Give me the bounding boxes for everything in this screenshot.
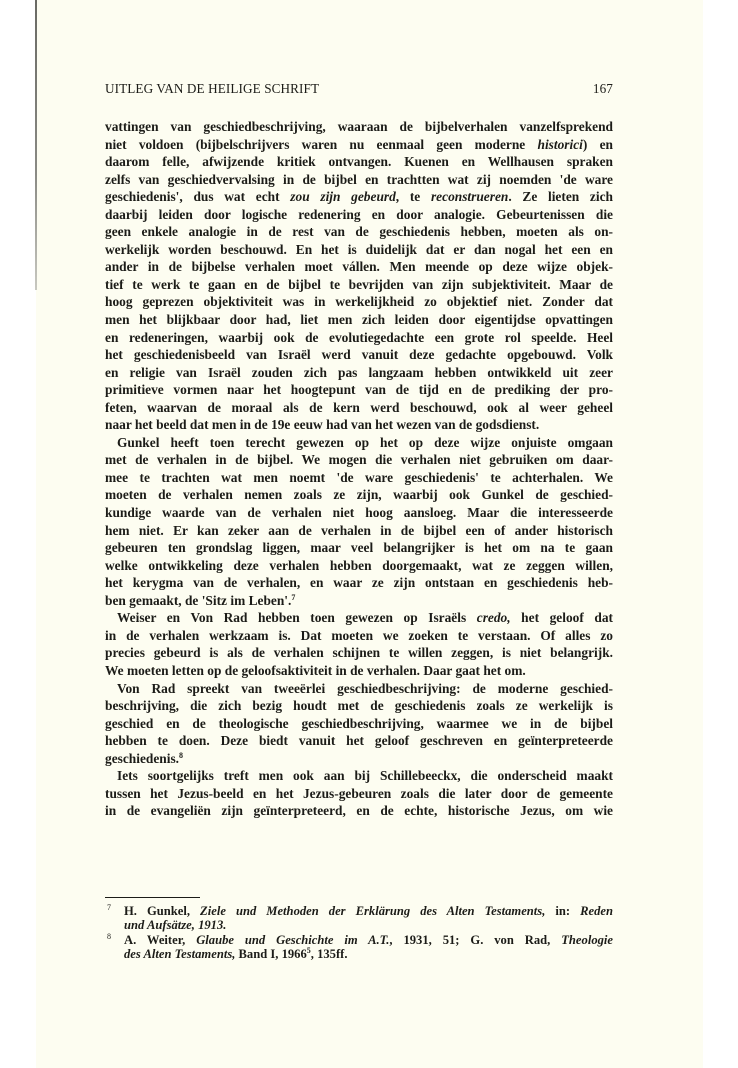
text-line: hem niet. Er kan zeker aan de verhalen i… xyxy=(105,522,613,540)
footnote-line: H. Gunkel, Ziele und Methoden der Erklär… xyxy=(124,904,613,918)
body-text: vattingen van geschiedbeschrijving, waar… xyxy=(105,118,613,820)
text-line: hoog geprezen objektiviteit was in werke… xyxy=(105,293,613,311)
text-fragment: niet voldoen (bijbelschrijvers waren nu … xyxy=(105,137,613,152)
footnote-8: 8 A. Weiter, Glaube und Geschichte im A.… xyxy=(105,933,613,962)
footnote-line: A. Weiter, Glaube und Geschichte im A.T.… xyxy=(124,933,613,947)
page-spine-edge xyxy=(35,0,37,290)
text-line: welke ontwikkeling deze verhalen hebben … xyxy=(105,557,613,575)
text-line: in de evangeliën zijn geïnterpreteerd, e… xyxy=(105,802,613,820)
text-fragment: geschiedenis. xyxy=(105,751,179,766)
text-line: vattingen van geschiedbeschrijving, waar… xyxy=(105,118,613,136)
footnote-line: und Aufsätze, 1913. xyxy=(124,918,613,932)
text-fragment: ben gemaakt, de 'Sitz im Leben'. xyxy=(105,593,291,608)
footnote-title: des Alten Testaments, xyxy=(124,947,235,961)
footnote-number: 7 xyxy=(107,901,111,915)
paragraph-start: Gunkel heeft toen terecht gewezen op het… xyxy=(105,434,613,452)
text-line: naar het beeld dat men in de 19e eeuw ha… xyxy=(105,416,613,434)
footnote-separator xyxy=(105,897,200,898)
text-fragment: in: xyxy=(545,904,580,918)
text-line: ander in de bijbelse verhalen moet válle… xyxy=(105,258,613,276)
footnote-title: und Aufsätze, 1913. xyxy=(124,918,226,932)
text-line: mee te trachten wat men noemt 'de ware g… xyxy=(105,469,613,487)
text-line: tief te werk te gaan en de bijbel te bev… xyxy=(105,276,613,294)
footnote-author: A. Weiter, xyxy=(124,933,196,947)
paragraph-start: Von Rad spreekt van tweeërlei geschiedbe… xyxy=(105,680,613,698)
text-line: daarbij leiden door logische redenering … xyxy=(105,206,613,224)
footnote-title: Reden xyxy=(580,904,613,918)
text-line: feten, waarvan de moraal als de kern wer… xyxy=(105,399,613,417)
text-line: geschied en de theologische geschiedbesc… xyxy=(105,715,613,733)
text-fragment: Weiser en Von Rad hebben toen gewezen op… xyxy=(117,610,477,625)
text-line: beschrijving, die zich bezig houdt met d… xyxy=(105,697,613,715)
text-line: hebben te doen. Deze biedt vanuit het ge… xyxy=(105,732,613,750)
text-line: primitieve vormen naar het hoogtepunt va… xyxy=(105,381,613,399)
text-line: geen enkele analogie in de rest van de g… xyxy=(105,223,613,241)
footnote-number: 8 xyxy=(107,930,111,944)
italic-credo: credo, xyxy=(477,610,511,625)
text-fragment: het geloof dat xyxy=(511,610,613,625)
text-line: het geschiedenisbeeld van Israël werd va… xyxy=(105,346,613,364)
text-line: precies gebeurd is als de verhalen schij… xyxy=(105,644,613,662)
page-number: 167 xyxy=(593,81,613,97)
text-line: tussen het Jezus-beeld en het Jezus-gebe… xyxy=(105,785,613,803)
text-line: zelfs van geschiedvervalsing in de bijbe… xyxy=(105,171,613,189)
footnote-ref-8[interactable]: 8 xyxy=(179,751,183,760)
text-line: geschiedenis.8 xyxy=(105,750,613,768)
text-fragment: , 135ff. xyxy=(311,947,348,961)
footnote-title: Theologie xyxy=(561,933,613,947)
footnotes: 7 H. Gunkel, Ziele und Methoden der Erkl… xyxy=(105,904,613,961)
text-line: werkelijk worden beschouwd. En het is du… xyxy=(105,241,613,259)
text-line: en redeneringen, waarbij ook de evolutie… xyxy=(105,329,613,347)
footnote-title: Glaube und Geschichte im A.T. xyxy=(196,933,389,947)
text-line: gebeuren ten grondslag liggen, maar veel… xyxy=(105,539,613,557)
running-head: UITLEG VAN DE HEILIGE SCHRIFT 167 xyxy=(105,81,613,97)
text-line: moeten de verhalen nemen zoals ze zijn, … xyxy=(105,486,613,504)
text-line: in de verhalen werkzaam is. Dat moeten w… xyxy=(105,627,613,645)
text-line: kundige waarde van de verhalen niet hoog… xyxy=(105,504,613,522)
text-line: geschiedenis', dus wat echt zou zijn geb… xyxy=(105,188,613,206)
footnote-title: Ziele und Methoden der Erklärung des Alt… xyxy=(200,904,545,918)
text-fragment: Band I, 1966 xyxy=(235,947,306,961)
paragraph-start: Weiser en Von Rad hebben toen gewezen op… xyxy=(105,609,613,627)
paragraph-start: Iets soortgelijks treft men ook aan bij … xyxy=(105,767,613,785)
footnote-line: des Alten Testaments, Band I, 19665, 135… xyxy=(124,947,613,961)
text-line: daarom felle, afwijzende kritiek ontvang… xyxy=(105,153,613,171)
text-line: We moeten letten op de geloofsaktiviteit… xyxy=(105,662,613,680)
text-line: men het blijkbaar door had, liet men zic… xyxy=(105,311,613,329)
text-line: en religie van Israël zouden zich pas la… xyxy=(105,364,613,382)
footnote-7: 7 H. Gunkel, Ziele und Methoden der Erkl… xyxy=(105,904,613,933)
footnote-ref-7[interactable]: 7 xyxy=(291,593,295,602)
text-fragment: , 1931, 51; G. von Rad, xyxy=(389,933,561,947)
footnote-author: H. Gunkel, xyxy=(124,904,200,918)
text-line: ben gemaakt, de 'Sitz im Leben'.7 xyxy=(105,592,613,610)
text-line: met de verhalen in de bijbel. We mogen d… xyxy=(105,451,613,469)
text-line: het kerygma van de verhalen, en waar ze … xyxy=(105,574,613,592)
text-line: niet voldoen (bijbelschrijvers waren nu … xyxy=(105,136,613,154)
running-head-title: UITLEG VAN DE HEILIGE SCHRIFT xyxy=(105,81,319,97)
